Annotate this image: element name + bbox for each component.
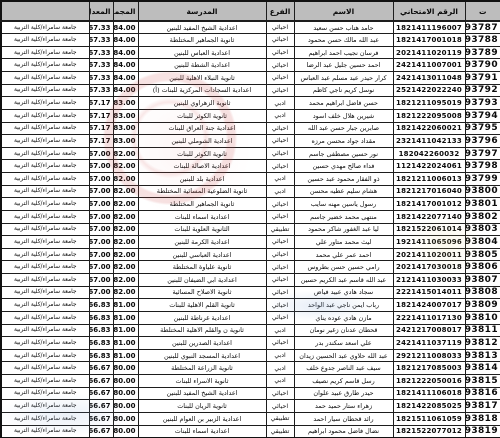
table-row: 93791 2421413011048 كرار حيدر عبد مسلم ع… bbox=[1, 72, 500, 85]
branch: احيائي bbox=[266, 274, 294, 287]
school: ثانوية الجماهير المختلطة bbox=[138, 34, 266, 47]
admission: جامعة سامراء/كلية التربية bbox=[1, 122, 89, 135]
header-school: المدرسة bbox=[138, 1, 266, 21]
table-row: 93795 1821422060021 صابرين جبار حسن عبد … bbox=[1, 122, 500, 135]
total-score: 482.00 bbox=[113, 223, 138, 236]
average-score: 67.00 bbox=[89, 173, 113, 186]
exam-id: 1821217085003 bbox=[393, 362, 465, 375]
total-score: 483.00 bbox=[113, 122, 138, 135]
table-row: 93819 1821522077012 نضال فاضل محمود ابرا… bbox=[1, 425, 500, 438]
exam-id: 1821522061014 bbox=[393, 223, 465, 236]
student-name: احمد عمر علي محمد bbox=[294, 248, 393, 261]
admission: جامعة سامراء/كلية التربية bbox=[1, 274, 89, 287]
header-total: المجموع bbox=[113, 1, 138, 21]
branch: ادبي bbox=[266, 324, 294, 337]
header-name: الاسم bbox=[294, 1, 393, 21]
school: اعدادية الشوملي للبنين bbox=[138, 135, 266, 148]
average-score: 67.00 bbox=[89, 223, 113, 236]
row-number: 93791 bbox=[465, 72, 500, 85]
row-number: 93796 bbox=[465, 135, 500, 148]
exam-id: 2021417030018 bbox=[393, 261, 465, 274]
total-score: 482.00 bbox=[113, 160, 138, 173]
exam-id: 182042260032 bbox=[393, 147, 465, 160]
table-row: 93810 2221411017130 مازن هادي عوده يناي … bbox=[1, 311, 500, 324]
student-name: زهراء ستار حميد حمد bbox=[294, 400, 393, 413]
exam-id: 2321411042133 bbox=[393, 135, 465, 148]
branch: احيائي bbox=[266, 261, 294, 274]
average-score: 66.67 bbox=[89, 412, 113, 425]
exam-id: 2421411037119 bbox=[393, 337, 465, 350]
exam-id: 1921411065096 bbox=[393, 236, 465, 249]
table-row: 93794 1821222095008 شيرين هلال خلف اسود … bbox=[1, 109, 500, 122]
table-row: 93813 2921211008033 عبد الله حلاوي عبد ا… bbox=[1, 349, 500, 362]
table-row: 93790 2421411007001 احمد حسين جليل عبد ا… bbox=[1, 59, 500, 72]
exam-id: 1821422085025 bbox=[393, 400, 465, 413]
admission: جامعة سامراء/كلية التربية bbox=[1, 324, 89, 337]
total-score: 483.00 bbox=[113, 97, 138, 110]
table-row: 93815 1821222050016 رسل قاسم كريم نصيف ا… bbox=[1, 375, 500, 388]
table-row: 93818 1821511061059 رائد قحطان سيار احمد… bbox=[1, 412, 500, 425]
school: ثانوية الريان للبنات bbox=[138, 400, 266, 413]
total-score: 484.00 bbox=[113, 46, 138, 59]
admission: جامعة سامراء/كلية التربية bbox=[1, 261, 89, 274]
school: ثانوية القلم الاهلية للبنات bbox=[138, 299, 266, 312]
row-number: 93799 bbox=[465, 173, 500, 186]
average-score: 66.83 bbox=[89, 311, 113, 324]
student-name: هشام سليم عطيه محسن bbox=[294, 185, 393, 198]
school: ثانوية الضلوعية المسائية المختلطة bbox=[138, 185, 266, 198]
student-name: كرار حيدر عبد مسلم عبد العباس bbox=[294, 72, 393, 85]
average-score: 67.17 bbox=[89, 109, 113, 122]
average-score: 67.00 bbox=[89, 198, 113, 211]
student-name: صابرين جبار حسن عبد الله bbox=[294, 122, 393, 135]
row-number: 93800 bbox=[465, 185, 500, 198]
average-score: 67.00 bbox=[89, 210, 113, 223]
total-score: 482.00 bbox=[113, 147, 138, 160]
school: اعدادية اسماء للبنات bbox=[138, 210, 266, 223]
admission: جامعة سامراء/كلية التربية bbox=[1, 362, 89, 375]
school: اعدادية المسجد النبوي للبنين bbox=[138, 349, 266, 362]
school: ثانوية ن والقلم الاهلية المختلطة bbox=[138, 324, 266, 337]
school: ثانوية الزراعة المختلطة bbox=[138, 362, 266, 375]
exam-id: 2021411020011 bbox=[393, 248, 465, 261]
total-score: 484.00 bbox=[113, 59, 138, 72]
row-number: 93798 bbox=[465, 160, 500, 173]
average-score: 67.00 bbox=[89, 147, 113, 160]
average-score: 67.33 bbox=[89, 21, 113, 34]
total-score: 480.00 bbox=[113, 362, 138, 375]
admission: جامعة سامراء/كلية التربية bbox=[1, 387, 89, 400]
admission: جامعة سامراء/كلية التربية bbox=[1, 311, 89, 324]
total-score: 481.00 bbox=[113, 349, 138, 362]
total-score: 482.00 bbox=[113, 274, 138, 287]
table-body: 93787 1821411196007 حامد هتاب حسن سعيد ا… bbox=[1, 21, 500, 438]
row-number: 93809 bbox=[465, 299, 500, 312]
exam-id: 2421413011048 bbox=[393, 72, 465, 85]
row-number: 93819 bbox=[465, 425, 500, 438]
admission: جامعة سامراء/كلية التربية bbox=[1, 349, 89, 362]
total-score: 482.00 bbox=[113, 286, 138, 299]
row-number: 93790 bbox=[465, 59, 500, 72]
average-score: 66.83 bbox=[89, 337, 113, 350]
table-row: 93808 2221415014011 سجاد هادي عبيد فياض … bbox=[1, 286, 500, 299]
student-name: رائد قحطان سيار احمد bbox=[294, 412, 393, 425]
branch: تطبيقي bbox=[266, 412, 294, 425]
total-score: 481.00 bbox=[113, 311, 138, 324]
school: اعدادية جنة العراق للبنات bbox=[138, 122, 266, 135]
branch: احيائي bbox=[266, 72, 294, 85]
branch: ادبي bbox=[266, 97, 294, 110]
exam-id: 1821417001012 bbox=[393, 198, 465, 211]
exam-id: 1121422024061 bbox=[393, 160, 465, 173]
average-score: 67.00 bbox=[89, 248, 113, 261]
row-number: 93811 bbox=[465, 324, 500, 337]
exam-id: 1821511061059 bbox=[393, 412, 465, 425]
exam-id: 2221411017130 bbox=[393, 311, 465, 324]
branch: احيائي bbox=[266, 400, 294, 413]
average-score: 66.83 bbox=[89, 349, 113, 362]
admission: جامعة سامراء/كلية التربية bbox=[1, 412, 89, 425]
branch: احيائي bbox=[266, 59, 294, 72]
student-name: عبد الله حلاوي عبد الحسين زيدان bbox=[294, 349, 393, 362]
student-name: ليا عبد الغفور شاكر محمود bbox=[294, 223, 393, 236]
total-score: 482.00 bbox=[113, 248, 138, 261]
total-score: 481.00 bbox=[113, 337, 138, 350]
branch: ادبي bbox=[266, 349, 294, 362]
table-row: 93788 1821417001018 عبد الله مالك حسن مح… bbox=[1, 34, 500, 47]
admission: جامعة سامراء/كلية التربية bbox=[1, 236, 89, 249]
student-name: نوسل كريم ناجي كاظم bbox=[294, 84, 393, 97]
average-score: 66.67 bbox=[89, 400, 113, 413]
student-name: عبد الله مالك حسن محمود bbox=[294, 34, 393, 47]
exam-id: 2521422022240 bbox=[393, 84, 465, 97]
header-admission bbox=[1, 1, 89, 21]
exam-id: 1821522077012 bbox=[393, 425, 465, 438]
exam-id: 1821417001018 bbox=[393, 34, 465, 47]
total-score: 480.00 bbox=[113, 412, 138, 425]
exam-id: 1821411106018 bbox=[393, 387, 465, 400]
table-row: 93805 2021411020011 احمد عمر علي محمد اح… bbox=[1, 248, 500, 261]
average-score: 67.00 bbox=[89, 274, 113, 287]
exam-id: 2421411007001 bbox=[393, 59, 465, 72]
branch: احيائي bbox=[266, 337, 294, 350]
average-score: 66.67 bbox=[89, 362, 113, 375]
header-avg: المعدل bbox=[89, 1, 113, 21]
admission: جامعة سامراء/كلية التربية bbox=[1, 400, 89, 413]
branch: احيائي bbox=[266, 46, 294, 59]
branch: احيائي bbox=[266, 236, 294, 249]
branch: احيائي bbox=[266, 84, 294, 97]
row-number: 93803 bbox=[465, 223, 500, 236]
student-name: رسل قاسم كريم نصيف bbox=[294, 375, 393, 388]
table-header: ت الرقم الامتحاني الاسم الفرع المدرسة ال… bbox=[1, 1, 500, 21]
admission: جامعة سامراء/كلية التربية bbox=[1, 21, 89, 34]
admission: جامعة سامراء/كلية التربية bbox=[1, 375, 89, 388]
table-row: 93814 1821217085003 سيف عبد الناصر جدوع … bbox=[1, 362, 500, 375]
student-name: قحطان عدنان زغير نومان bbox=[294, 324, 393, 337]
student-name: حامد هتاب حسن سعيد bbox=[294, 21, 393, 34]
total-score: 483.00 bbox=[113, 135, 138, 148]
table-row: 93817 1821422085025 زهراء ستار حميد حمد … bbox=[1, 400, 500, 413]
average-score: 67.17 bbox=[89, 135, 113, 148]
table-row: 93803 1821522061014 ليا عبد الغفور شاكر … bbox=[1, 223, 500, 236]
row-number: 93813 bbox=[465, 349, 500, 362]
row-number: 93818 bbox=[465, 412, 500, 425]
student-name: حيدر طارق عبيد علوان bbox=[294, 387, 393, 400]
average-score: 67.17 bbox=[89, 122, 113, 135]
admission: جامعة سامراء/كلية التربية bbox=[1, 185, 89, 198]
school: ثانوية النبلاء الاهلية للبنين bbox=[138, 72, 266, 85]
total-score: 483.00 bbox=[113, 109, 138, 122]
branch: تطبيقي bbox=[266, 425, 294, 438]
school: اعدادية السجادات المركزية للبنات (أ) bbox=[138, 84, 266, 97]
school: ثانوية الكوثر للبنات bbox=[138, 147, 266, 160]
school: الثانوية العلوية للبنات bbox=[138, 223, 266, 236]
student-name: مقداد جواد محسن مرزه bbox=[294, 135, 393, 148]
branch: احيائي bbox=[266, 122, 294, 135]
school: اعدادية بلد للبنين bbox=[138, 173, 266, 186]
exam-id: 1821211006013 bbox=[393, 173, 465, 186]
student-name: نضال فاضل محمود ابراهيم bbox=[294, 425, 393, 438]
average-score: 67.00 bbox=[89, 261, 113, 274]
school: ثانوية الجماهير المختلطة bbox=[138, 198, 266, 211]
total-score: 482.00 bbox=[113, 185, 138, 198]
admission: جامعة سامراء/كلية التربية bbox=[1, 147, 89, 160]
student-name: ليث محمد متاور علي bbox=[294, 236, 393, 249]
branch: احيائي bbox=[266, 147, 294, 160]
table-row: 93811 2421217008017 قحطان عدنان زغير نوم… bbox=[1, 324, 500, 337]
school: ثانوية الاصلاح المسائية bbox=[138, 286, 266, 299]
student-name: منتهى محمد خضير جاسم bbox=[294, 210, 393, 223]
table-row: 93796 2321411042133 مقداد جواد محسن مرزه… bbox=[1, 135, 500, 148]
table-row: 93801 1821417001012 رسول ياسين مهنه سايب… bbox=[1, 198, 500, 211]
student-name: فرسان نجيب احمد ابراهيم bbox=[294, 46, 393, 59]
average-score: 67.00 bbox=[89, 286, 113, 299]
total-score: 482.00 bbox=[113, 261, 138, 274]
school: اعدادية الشيخ المفيد للبنين bbox=[138, 21, 266, 34]
student-name: شيرين هلال خلف اسود bbox=[294, 109, 393, 122]
exam-id: 2921211008033 bbox=[393, 349, 465, 362]
row-number: 93788 bbox=[465, 34, 500, 47]
admission: جامعة سامراء/كلية التربية bbox=[1, 109, 89, 122]
exam-id: 1821411196007 bbox=[393, 21, 465, 34]
header-no: ت bbox=[465, 1, 500, 21]
total-score: 481.00 bbox=[113, 324, 138, 337]
branch: احيائي bbox=[266, 286, 294, 299]
branch: احيائي bbox=[266, 21, 294, 34]
school: ثانوية الاسراء للبنات bbox=[138, 375, 266, 388]
admission: جامعة سامراء/كلية التربية bbox=[1, 84, 89, 97]
average-score: 67.00 bbox=[89, 160, 113, 173]
school: اعدادية الصدرين للبنين bbox=[138, 337, 266, 350]
row-number: 93805 bbox=[465, 248, 500, 261]
row-number: 93817 bbox=[465, 400, 500, 413]
row-number: 93808 bbox=[465, 286, 500, 299]
total-score: 484.00 bbox=[113, 72, 138, 85]
admission: جامعة سامراء/كلية التربية bbox=[1, 46, 89, 59]
row-number: 93802 bbox=[465, 210, 500, 223]
exam-id: 1821222050016 bbox=[393, 375, 465, 388]
row-number: 93801 bbox=[465, 198, 500, 211]
admission: جامعة سامراء/كلية التربية bbox=[1, 210, 89, 223]
total-score: 482.00 bbox=[113, 210, 138, 223]
school: اعدادية العباس للبنين bbox=[138, 46, 266, 59]
student-name: عبد الله قاسم عبد الكريم حسين bbox=[294, 274, 393, 287]
average-score: 67.00 bbox=[89, 185, 113, 198]
total-score: 480.00 bbox=[113, 400, 138, 413]
total-score: 482.00 bbox=[113, 236, 138, 249]
exam-id: 1821217016040 bbox=[393, 185, 465, 198]
school: اعدادية الكرمة للبنين bbox=[138, 236, 266, 249]
row-number: 93810 bbox=[465, 311, 500, 324]
row-number: 93792 bbox=[465, 84, 500, 97]
admission: جامعة سامراء/كلية التربية bbox=[1, 160, 89, 173]
row-number: 93804 bbox=[465, 236, 500, 249]
student-name: علي اسعد سكندر بدر bbox=[294, 337, 393, 350]
student-name: مازن هادي عوده يناي bbox=[294, 311, 393, 324]
table-row: 93789 2021411020119 فرسان نجيب احمد ابرا… bbox=[1, 46, 500, 59]
average-score: 66.83 bbox=[89, 299, 113, 312]
row-number: 93807 bbox=[465, 274, 500, 287]
branch: احيائي bbox=[266, 34, 294, 47]
admission: جامعة سامراء/كلية التربية bbox=[1, 223, 89, 236]
admission: جامعة سامراء/كلية التربية bbox=[1, 97, 89, 110]
average-score: 67.33 bbox=[89, 46, 113, 59]
exam-id: 2021411020119 bbox=[393, 46, 465, 59]
admission: جامعة سامراء/كلية التربية bbox=[1, 135, 89, 148]
row-number: 93797 bbox=[465, 147, 500, 160]
average-score: 67.00 bbox=[89, 236, 113, 249]
total-score: 484.00 bbox=[113, 34, 138, 47]
table-row: 93812 2421411037119 علي اسعد سكندر بدر ا… bbox=[1, 337, 500, 350]
student-name: احمد حسين جليل عبد الرضا bbox=[294, 59, 393, 72]
admission: جامعة سامراء/كلية التربية bbox=[1, 299, 89, 312]
branch: ادبي bbox=[266, 375, 294, 388]
school: ثانوية الزهراوي للبنين bbox=[138, 97, 266, 110]
admission: جامعة سامراء/كلية التربية bbox=[1, 173, 89, 186]
school: ثانوية الكوثر للبنات bbox=[138, 109, 266, 122]
exam-id: 2421217008017 bbox=[393, 324, 465, 337]
total-score: 480.00 bbox=[113, 387, 138, 400]
total-score: 480.00 bbox=[113, 375, 138, 388]
total-score: 482.00 bbox=[113, 173, 138, 186]
table-row: 93798 1121422024061 فداء صالح مهدي حسين … bbox=[1, 160, 500, 173]
average-score: 66.83 bbox=[89, 324, 113, 337]
branch: احيائي bbox=[266, 210, 294, 223]
table-row: 93787 1821411196007 حامد هتاب حسن سعيد ا… bbox=[1, 21, 500, 34]
student-name: رامي حسين حسن بطروس bbox=[294, 261, 393, 274]
exam-id: 1821422077140 bbox=[393, 210, 465, 223]
row-number: 93789 bbox=[465, 46, 500, 59]
branch: ادبي bbox=[266, 109, 294, 122]
row-number: 93787 bbox=[465, 21, 500, 34]
header-exam-id: الرقم الامتحاني bbox=[393, 1, 465, 21]
school: اعدادية غرناطة للبنين bbox=[138, 311, 266, 324]
admission: جامعة سامراء/كلية التربية bbox=[1, 286, 89, 299]
table-row: 93804 1921411065096 ليث محمد متاور علي ا… bbox=[1, 236, 500, 249]
student-name: سيف عبد الناصر جدوع خلف bbox=[294, 362, 393, 375]
student-name: سجاد هادي عبيد فياض bbox=[294, 286, 393, 299]
exam-id: 2221415014011 bbox=[393, 286, 465, 299]
results-table-screen: ت الرقم الامتحاني الاسم الفرع المدرسة ال… bbox=[0, 0, 500, 438]
exam-id: 2121411030033 bbox=[393, 274, 465, 287]
table-row: 93793 1821211095019 حسن فاضل ابراهيم محم… bbox=[1, 97, 500, 110]
average-score: 67.17 bbox=[89, 97, 113, 110]
school: اعدادية العباسي للبنين bbox=[138, 248, 266, 261]
admission: جامعة سامراء/كلية التربية bbox=[1, 337, 89, 350]
row-number: 93814 bbox=[465, 362, 500, 375]
student-name: رباب ايمن ناجي عبد الواحد bbox=[294, 299, 393, 312]
school: اعدادية ابي الضيفان للبنين bbox=[138, 274, 266, 287]
table-row: 93792 2521422022240 نوسل كريم ناجي كاظم … bbox=[1, 84, 500, 97]
school: ثانوية علياوة المختلطة bbox=[138, 261, 266, 274]
total-score: 482.00 bbox=[113, 198, 138, 211]
admission: جامعة سامراء/كلية التربية bbox=[1, 72, 89, 85]
branch: ادبي bbox=[266, 185, 294, 198]
admission: جامعة سامراء/كلية التربية bbox=[1, 198, 89, 211]
header-branch: الفرع bbox=[266, 1, 294, 21]
row-number: 93794 bbox=[465, 109, 500, 122]
table-row: 93799 1821211006013 ذو الفقار محمود عبد … bbox=[1, 173, 500, 186]
average-score: 67.33 bbox=[89, 84, 113, 97]
branch: تطبيقي bbox=[266, 223, 294, 236]
row-number: 93793 bbox=[465, 97, 500, 110]
school: اعدادية الشيخ المفيد للبنين bbox=[138, 387, 266, 400]
average-score: 66.67 bbox=[89, 387, 113, 400]
row-number: 93806 bbox=[465, 261, 500, 274]
student-name: ذو الفقار محمود عبد حسين bbox=[294, 173, 393, 186]
total-score: 480.00 bbox=[113, 425, 138, 438]
average-score: 66.67 bbox=[89, 375, 113, 388]
table-row: 93802 1821422077140 منتهى محمد خضير جاسم… bbox=[1, 210, 500, 223]
admission: جامعة سامراء/كلية التربية bbox=[1, 248, 89, 261]
branch: ادبي bbox=[266, 173, 294, 186]
branch: احيائي bbox=[266, 311, 294, 324]
table-row: 93807 2121411030033 عبد الله قاسم عبد ال… bbox=[1, 274, 500, 287]
admission: جامعة سامراء/كلية التربية bbox=[1, 425, 89, 438]
student-name: رسول ياسين مهنه سايب bbox=[294, 198, 393, 211]
row-number: 93816 bbox=[465, 387, 500, 400]
exam-id: 1821211095019 bbox=[393, 97, 465, 110]
school: اعدادية اسماء للبنات bbox=[138, 425, 266, 438]
student-name: حسن فاضل ابراهيم محمد bbox=[294, 97, 393, 110]
average-score: 66.67 bbox=[89, 425, 113, 438]
student-name: فداء صالح مهدي حسين bbox=[294, 160, 393, 173]
branch: احيائي bbox=[266, 299, 294, 312]
branch: احيائي bbox=[266, 160, 294, 173]
table-row: 93809 1821424007017 رباب ايمن ناجي عبد ا… bbox=[1, 299, 500, 312]
row-number: 93812 bbox=[465, 337, 500, 350]
table-row: 93806 2021417030018 رامي حسين حسن بطروس … bbox=[1, 261, 500, 274]
school: اعدادية الشطة للبنين bbox=[138, 59, 266, 72]
table-row: 93797 182042260032 نور حسين مصطفى جاسم ا… bbox=[1, 147, 500, 160]
branch: احيائي bbox=[266, 198, 294, 211]
branch: ادبي bbox=[266, 362, 294, 375]
average-score: 67.33 bbox=[89, 72, 113, 85]
admission: جامعة سامراء/كلية التربية bbox=[1, 59, 89, 72]
exam-id: 1821222095008 bbox=[393, 109, 465, 122]
table-row: 93800 1821217016040 هشام سليم عطيه محسن … bbox=[1, 185, 500, 198]
table-row: 93816 1821411106018 حيدر طارق عبيد علوان… bbox=[1, 387, 500, 400]
school: اعدادية الزبير بن العوام للبنين bbox=[138, 412, 266, 425]
branch: احيائي bbox=[266, 387, 294, 400]
results-table: ت الرقم الامتحاني الاسم الفرع المدرسة ال… bbox=[0, 0, 500, 438]
branch: احيائي bbox=[266, 248, 294, 261]
school: اعدادية الاصالة للبنات bbox=[138, 160, 266, 173]
total-score: 484.00 bbox=[113, 84, 138, 97]
row-number: 93795 bbox=[465, 122, 500, 135]
exam-id: 1821424007017 bbox=[393, 299, 465, 312]
